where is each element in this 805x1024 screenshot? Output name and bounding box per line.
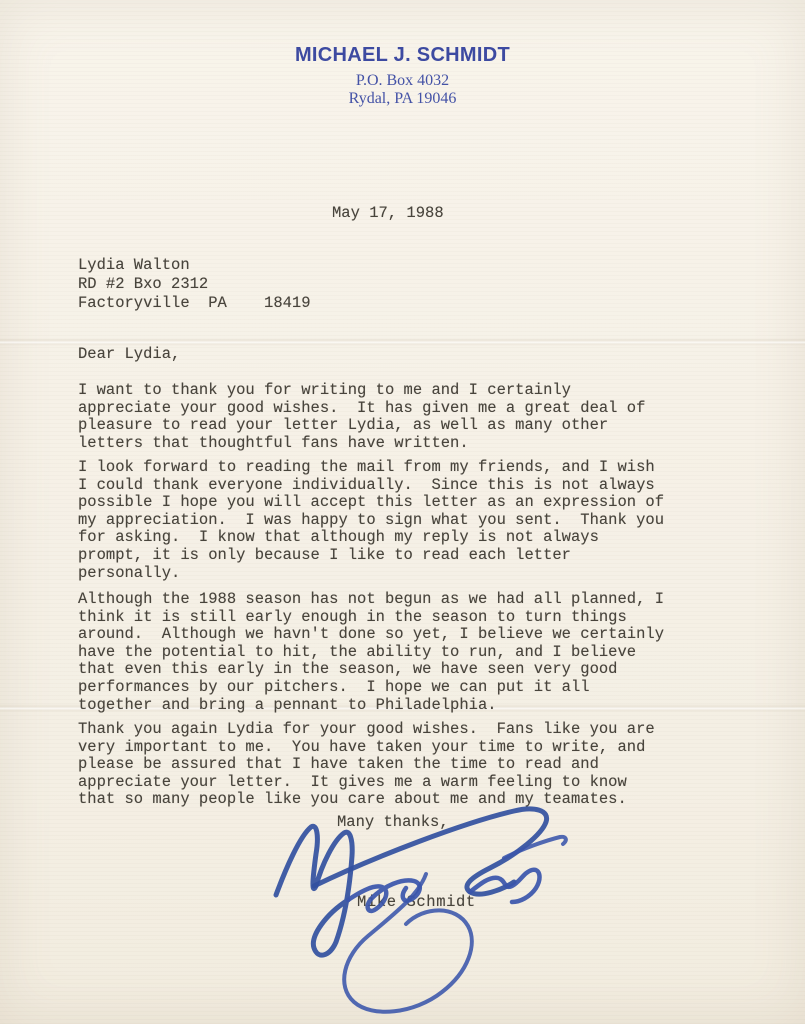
recipient-name: Lydia Walton <box>78 256 311 275</box>
letterhead-po-box: P.O. Box 4032 <box>0 72 805 90</box>
letter-date: May 17, 1988 <box>332 205 444 223</box>
salutation: Dear Lydia, <box>78 346 180 364</box>
letter-page: MICHAEL J. SCHMIDT P.O. Box 4032 Rydal, … <box>0 0 805 1024</box>
letterhead-city-line: Rydal, PA 19046 <box>0 90 805 108</box>
mike-schmidt-signature-icon <box>256 796 592 1024</box>
paragraph-2: I look forward to reading the mail from … <box>78 459 664 582</box>
letterhead-name: MICHAEL J. SCHMIDT <box>0 44 805 67</box>
recipient-address-block: Lydia WaltonRD #2 Bxo 2312Factoryville P… <box>78 256 311 313</box>
recipient-city-state-zip: Factoryville PA 18419 <box>78 294 311 313</box>
recipient-street: RD #2 Bxo 2312 <box>78 275 311 294</box>
paragraph-1: I want to thank you for writing to me an… <box>78 382 645 452</box>
paragraph-3: Although the 1988 season has not begun a… <box>78 591 664 714</box>
